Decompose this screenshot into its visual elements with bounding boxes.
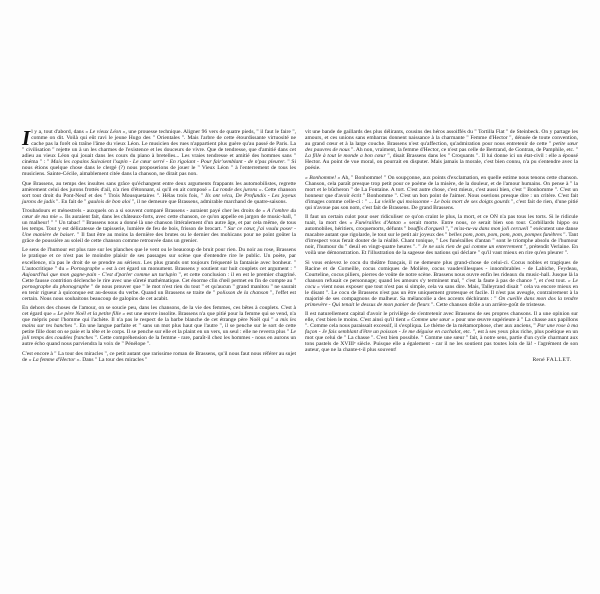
paragraph: « Bonhomme! » Ah, " Bonhomme! " On soupç…: [305, 175, 578, 211]
italic-quote: gaulois de bon aloi: [88, 199, 131, 205]
paragraph: Si vous enlevez le cocu du théâtre franç…: [305, 260, 578, 308]
italic-quote: « La femme d'Hector »: [29, 357, 80, 363]
paragraph: Que Brassens, au temps des insultes sans…: [22, 181, 296, 205]
paragraph: En dehors des choses de l'amour, on se s…: [22, 305, 296, 347]
text-run: ". Cette chanson drôle a un arrière-goût…: [430, 302, 546, 308]
paragraph: Il y a, tout d'abord, dans « Le vieux Lé…: [22, 129, 296, 177]
author-first-name: René: [533, 357, 545, 363]
paragraph: Il est naturellement capital d'avoir le …: [305, 311, 578, 353]
paragraph: C'est encore à " La tour des miracles ",…: [22, 351, 296, 363]
paragraph: vit une bande de gaillards des plus déli…: [305, 129, 578, 171]
author-signature: René FALLET.: [305, 357, 578, 363]
italic-quote: polisson de la chanson: [217, 290, 269, 296]
text-run: Si vous enlevez le cocu du théâtre franç…: [305, 260, 578, 284]
text-run: ", il ne demeure que Brassens, admirable…: [131, 199, 287, 205]
text-run: . Dans " La tour des miracles ": [79, 357, 147, 363]
left-column: Il y a, tout d'abord, dans « Le vieux Lé…: [22, 129, 296, 366]
paragraph: Il faut un certain culot pour oser ridic…: [305, 214, 578, 256]
drop-cap: I: [22, 129, 30, 146]
right-column: vit une bande de gaillards des plus déli…: [305, 129, 578, 363]
paragraph: Troubadours et ménestrels - auxquels on …: [22, 208, 296, 244]
author-last-name: FALLET.: [546, 357, 572, 363]
document-page: Il y a, tout d'abord, dans « Le vieux Lé…: [0, 0, 600, 594]
paragraph: Le sens de l'humour est plus rare sur le…: [22, 247, 296, 301]
text-run: ". En fait de ": [55, 199, 88, 205]
text-run: vit une bande de gaillards des plus déli…: [305, 129, 578, 147]
